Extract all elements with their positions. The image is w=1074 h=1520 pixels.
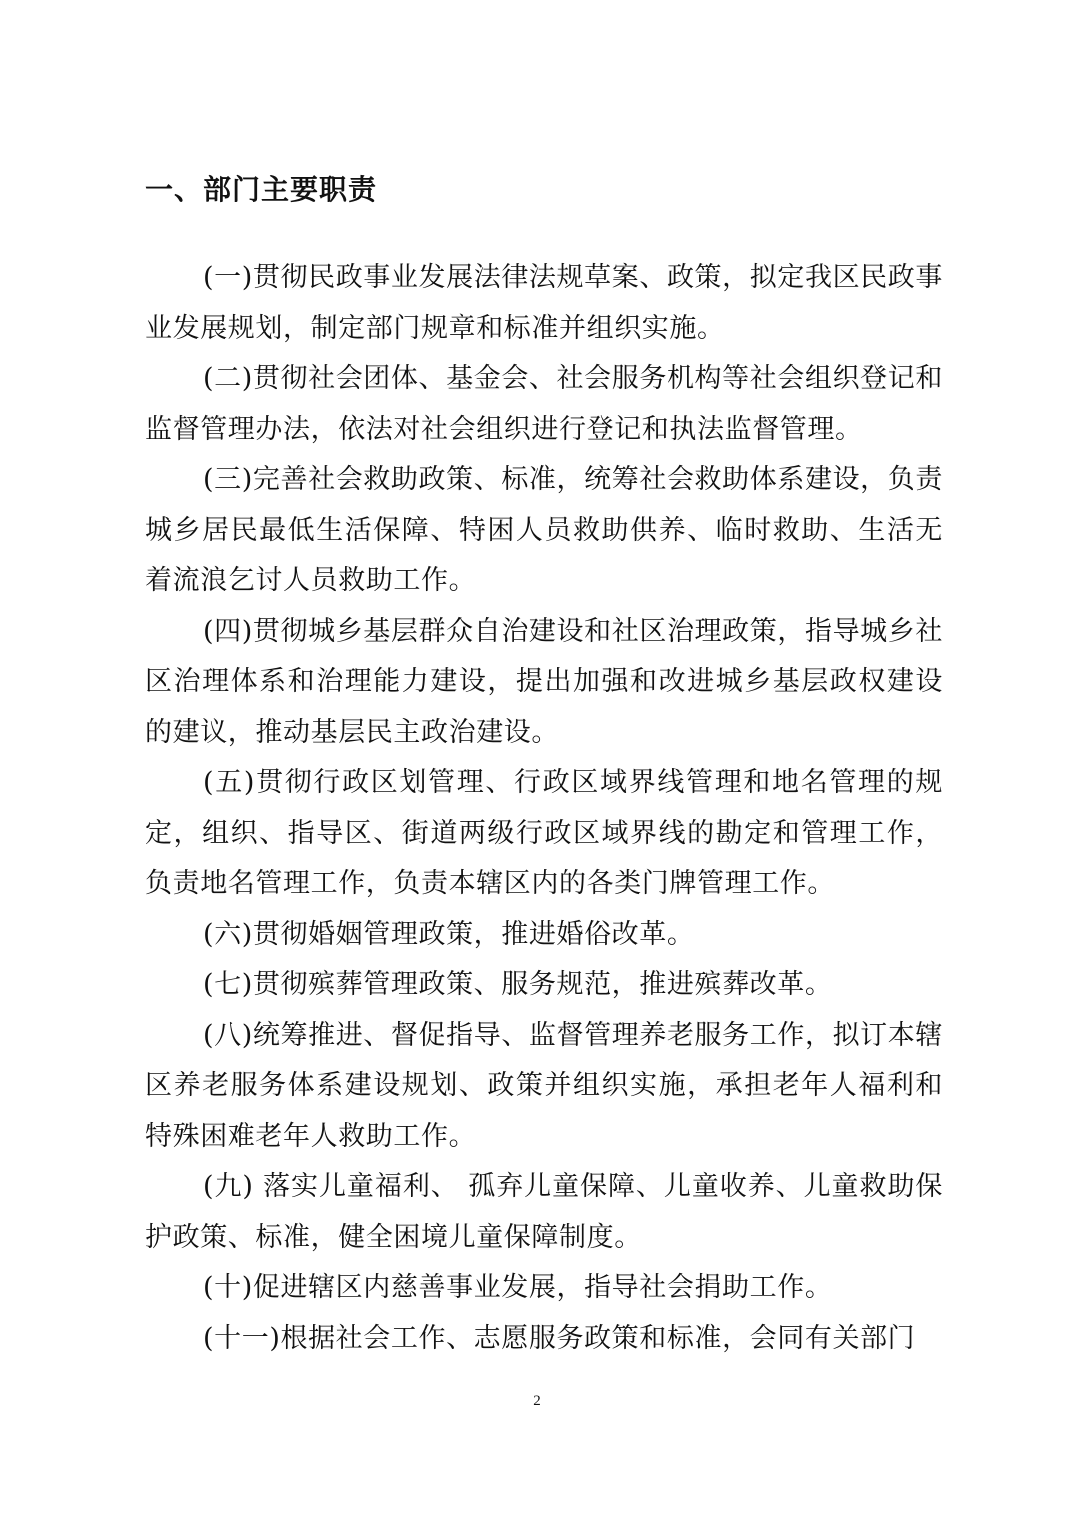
paragraph-duty-3: (三)完善社会救助政策、标准，统筹社会救助体系建设，负责城乡居民最低生活保障、特… <box>145 455 943 607</box>
paragraph-duty-7: (七)贯彻殡葬管理政策、服务规范，推进殡葬改革。 <box>145 960 943 1011</box>
paragraph-duty-4: (四)贯彻城乡基层群众自治建设和社区治理政策，指导城乡社区治理体系和治理能力建设… <box>145 607 943 759</box>
paragraph-duty-10: (十)促进辖区内慈善事业发展，指导社会捐助工作。 <box>145 1263 943 1314</box>
document-page: 一、部门主要职责 (一)贯彻民政事业发展法律法规草案、政策，拟定我区民政事业发展… <box>0 0 1074 1520</box>
paragraph-duty-9: (九) 落实儿童福利、 孤弃儿童保障、儿童收养、儿童救助保护政策、标准，健全困境… <box>145 1162 943 1263</box>
paragraph-duty-11: (十一)根据社会工作、志愿服务政策和标准，会同有关部门 <box>145 1314 943 1365</box>
section-heading: 一、部门主要职责 <box>145 168 377 208</box>
paragraph-duty-5: (五)贯彻行政区划管理、行政区域界线管理和地名管理的规定，组织、指导区、街道两级… <box>145 758 943 910</box>
paragraph-duty-8: (八)统筹推进、督促指导、监督管理养老服务工作，拟订本辖区养老服务体系建设规划、… <box>145 1011 943 1163</box>
paragraph-duty-1: (一)贯彻民政事业发展法律法规草案、政策，拟定我区民政事业发展规划，制定部门规章… <box>145 253 943 354</box>
paragraph-duty-2: (二)贯彻社会团体、基金会、社会服务机构等社会组织登记和监督管理办法，依法对社会… <box>145 354 943 455</box>
page-number: 2 <box>0 1393 1074 1410</box>
document-body: (一)贯彻民政事业发展法律法规草案、政策，拟定我区民政事业发展规划，制定部门规章… <box>145 253 943 1364</box>
paragraph-duty-6: (六)贯彻婚姻管理政策，推进婚俗改革。 <box>145 910 943 961</box>
